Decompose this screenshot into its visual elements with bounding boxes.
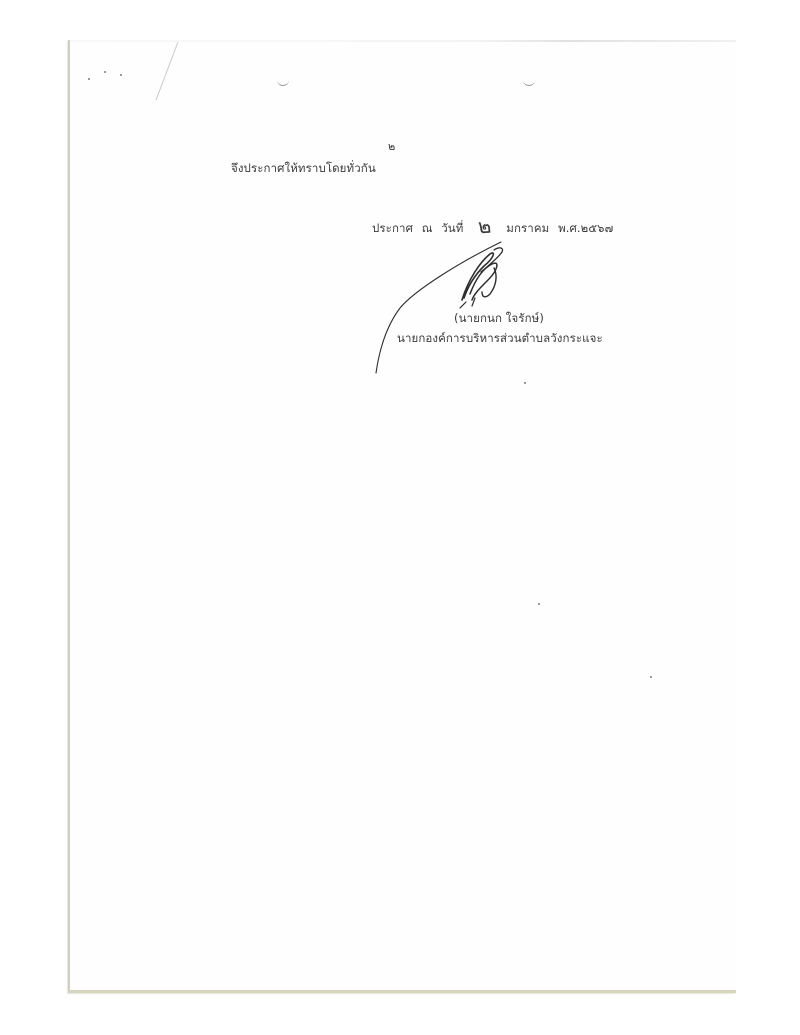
punch-hole-mark [523,78,535,86]
scan-speck [538,603,540,605]
date-month-year: มกราคม พ.ศ.๒๕๖๗ [506,221,613,235]
page-number: ๒ [388,137,395,155]
document-page: ๒ จึงประกาศให้ทราบโดยทั่วกัน ประกาศ ณ วั… [68,40,736,993]
signer-name: (นายกนก ใจรักษ์) [454,310,544,328]
scan-speck [650,676,652,678]
signer-title: นายกองค์การบริหารส่วนตำบลวังกระแจะ [397,330,603,348]
scan-artifact-line [70,40,190,160]
punch-hole-mark [277,78,289,86]
announcement-date: ประกาศ ณ วันที่ ๒ มกราคม พ.ศ.๒๕๖๗ [372,220,613,238]
handwritten-day: ๒ [478,221,492,233]
closing-statement: จึงประกาศให้ทราบโดยทั่วกัน [231,160,376,178]
scan-speck [524,382,526,384]
signature-icon [70,40,736,990]
date-prefix: ประกาศ ณ วันที่ [372,221,463,235]
